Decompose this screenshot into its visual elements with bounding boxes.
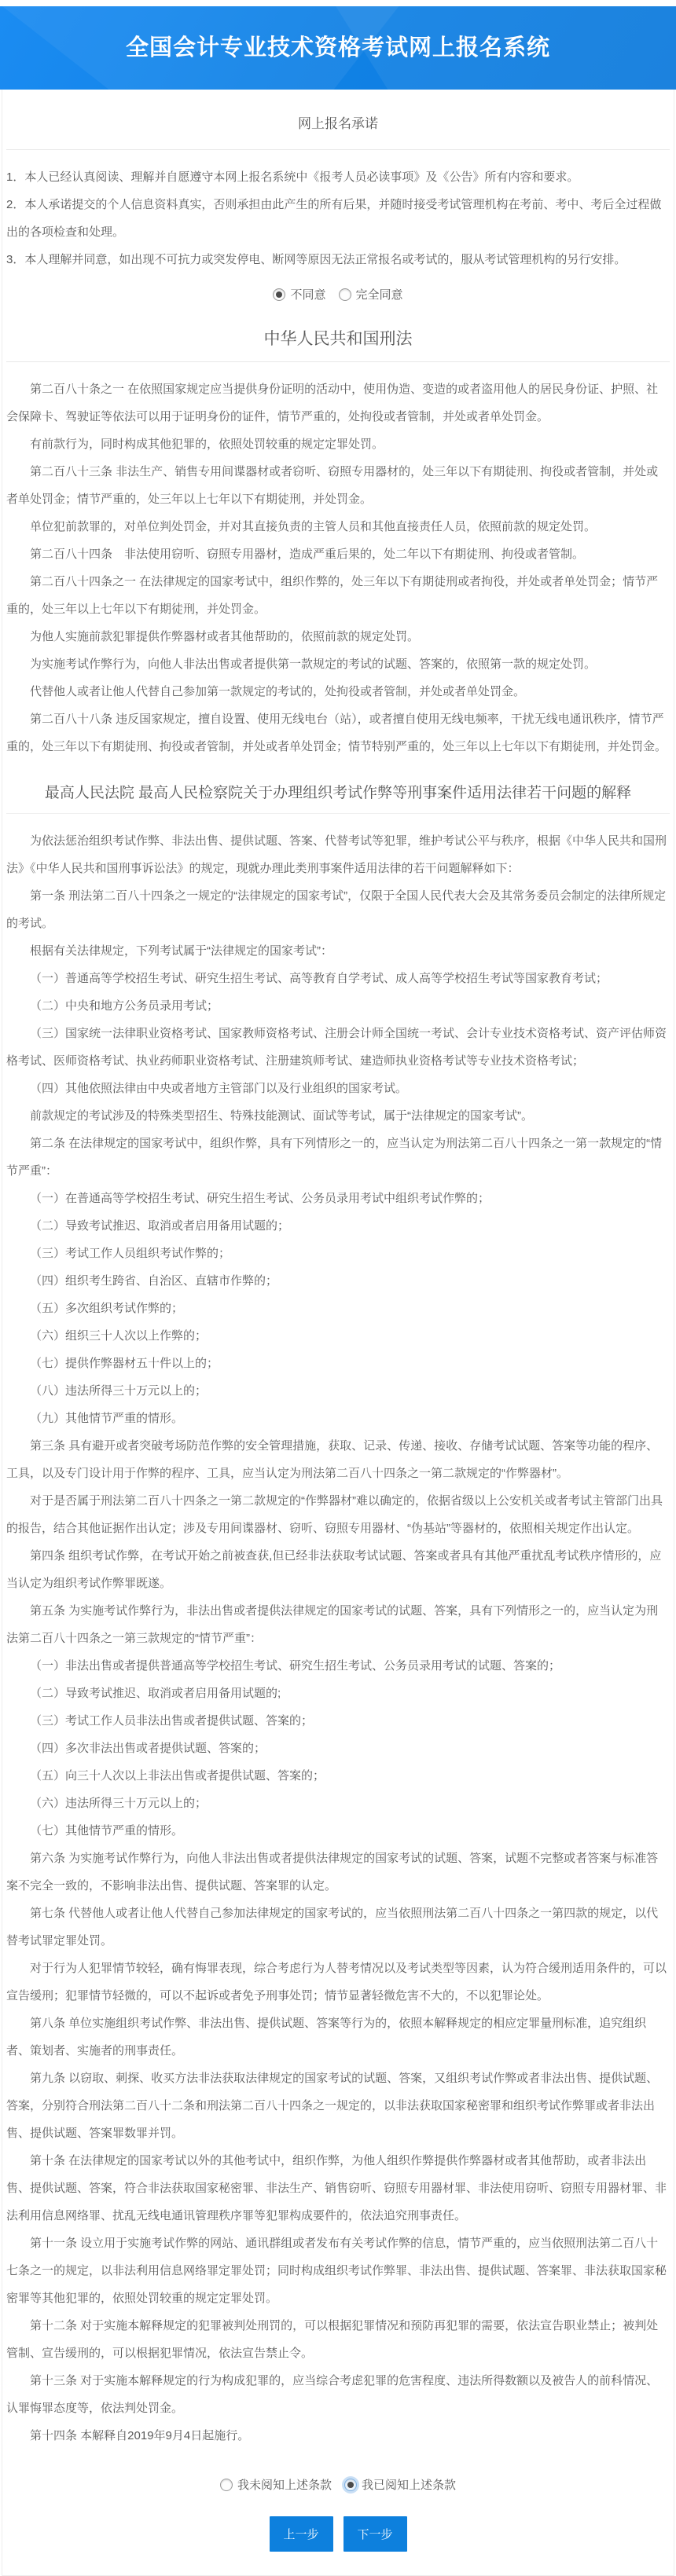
page: 全国会计专业技术资格考试网上报名系统 网上报名承诺 1．本人已经认真阅读、理解并… <box>0 0 676 2576</box>
law-paragraph: 为实施考试作弊行为，向他人非法出售或者提供第一款规定的考试的试题、答案的，依照第… <box>6 650 670 678</box>
interpretation-paragraph: 对于行为人犯罪情节较轻，确有悔罪表现，综合考虑行为人替考情况以及考试类型等因素，… <box>6 1955 670 2010</box>
interpretation-paragraph: 根据有关法律规定，下列考试属于“法律规定的国家考试”： <box>6 937 670 965</box>
interpretation-paragraph: （四）其他依照法律由中央或者地方主管部门以及行业组织的国家考试。 <box>6 1075 670 1102</box>
interpretation-paragraph: 第十二条 对于实施本解释规定的犯罪被判处刑罚的，可以根据犯罪情况和预防再犯罪的需… <box>6 2312 670 2367</box>
law-paragraph: 单位犯前款罪的，对单位判处罚金，并对其直接负责的主管人员和其他直接责任人员，依照… <box>6 513 670 540</box>
interpretation-paragraph: （三）国家统一法律职业资格考试、国家教师资格考试、注册会计师全国统一考试、会计专… <box>6 1020 670 1075</box>
law-paragraph: 第二百八十四条 非法使用窃听、窃照专用器材，造成严重后果的，处二年以下有期徒刑、… <box>6 540 670 568</box>
interpretation-paragraph: （五）多次组织考试作弊的； <box>6 1295 670 1322</box>
interpretation-paragraph: 第七条 代替他人或者让他人代替自己参加法律规定的国家考试的，应当依照刑法第二百八… <box>6 1900 670 1955</box>
law-paragraph: 第二百八十条之一 在依照国家规定应当提供身份证明的活动中，使用伪造、变造的或者盗… <box>6 376 670 431</box>
radio-icon <box>344 2479 357 2491</box>
promise-items: 1．本人已经认真阅读、理解并自愿遵守本网上报名系统中《报考人员必读事项》及《公告… <box>6 150 670 273</box>
criminal-law-title: 中华人民共和国刑法 <box>6 307 670 362</box>
interpretation-paragraph: （四）组织考生跨省、自治区、直辖市作弊的； <box>6 1267 670 1295</box>
interpretation-paragraph: 第五条 为实施考试作弊行为，非法出售或者提供法律规定的国家考试的试题、答案，具有… <box>6 1597 670 1652</box>
interpretation-paragraph: （八）违法所得三十万元以上的； <box>6 1377 670 1405</box>
agree-radio-option[interactable]: 完全同意 <box>339 286 403 302</box>
interpretation-paragraph: （九）其他情节严重的情形。 <box>6 1405 670 1432</box>
radio-label: 我已阅知上述条款 <box>362 2476 456 2493</box>
prev-step-button[interactable]: 上一步 <box>270 2516 333 2552</box>
app-title: 全国会计专业技术资格考试网上报名系统 <box>0 6 676 90</box>
content-panel: 网上报名承诺 1．本人已经认真阅读、理解并自愿遵守本网上报名系统中《报考人员必读… <box>2 90 674 2576</box>
law-paragraph: 第二百八十八条 违反国家规定，擅自设置、使用无线电台（站），或者擅自使用无线电频… <box>6 705 670 760</box>
interpretation-paragraph: （六）组织三十人次以上作弊的； <box>6 1322 670 1350</box>
interpretation-paragraph: 第六条 为实施考试作弊行为，向他人非法出售或者提供法律规定的国家考试的试题、答案… <box>6 1845 670 1900</box>
next-step-button[interactable]: 下一步 <box>344 2516 407 2552</box>
interpretation-paragraph: 为依法惩治组织考试作弊、非法出售、提供试题、答案、代替考试等犯罪，维护考试公平与… <box>6 827 670 882</box>
law-paragraph: 第二百八十三条 非法生产、销售专用间谍器材或者窃听、窃照专用器材的，处三年以下有… <box>6 458 670 513</box>
interpretation-paragraphs: 为依法惩治组织考试作弊、非法出售、提供试题、答案、代替考试等犯罪，维护考试公平与… <box>6 814 670 2450</box>
interpretation-paragraph: （五）向三十人次以上非法出售或者提供试题、答案的； <box>6 1762 670 1790</box>
action-button-row: 上一步 下一步 <box>6 2516 670 2552</box>
interpretation-section: 最高人民法院 最高人民检察院关于办理组织考试作弊等刑事案件适用法律若干问题的解释… <box>6 760 670 2552</box>
interpretation-paragraph: 第十一条 设立用于实施考试作弊的网站、通讯群组或者发布有关考试作弊的信息，情节严… <box>6 2230 670 2312</box>
read-confirm-radio-option[interactable]: 我未阅知上述条款 <box>220 2476 332 2493</box>
interpretation-paragraph: 前款规定的考试涉及的特殊类型招生、特殊技能测试、面试等考试，属于“法律规定的国家… <box>6 1102 670 1130</box>
interpretation-title: 最高人民法院 最高人民检察院关于办理组织考试作弊等刑事案件适用法律若干问题的解释 <box>6 760 670 814</box>
radio-label: 我未阅知上述条款 <box>237 2476 332 2493</box>
interpretation-paragraph: （二）中央和地方公务员录用考试； <box>6 992 670 1020</box>
criminal-law-paragraphs: 第二百八十条之一 在依照国家规定应当提供身份证明的活动中，使用伪造、变造的或者盗… <box>6 362 670 760</box>
app-header: 全国会计专业技术资格考试网上报名系统 <box>0 6 676 90</box>
promise-item: 1．本人已经认真阅读、理解并自愿遵守本网上报名系统中《报考人员必读事项》及《公告… <box>6 163 670 191</box>
interpretation-paragraph: 对于是否属于刑法第二百八十四条之一第二款规定的“作弊器材”难以确定的，依据省级以… <box>6 1487 670 1542</box>
radio-label: 完全同意 <box>356 286 403 302</box>
interpretation-paragraph: （三）考试工作人员非法出售或者提供试题、答案的； <box>6 1707 670 1735</box>
interpretation-paragraph: （二）导致考试推迟、取消或者启用备用试题的； <box>6 1212 670 1240</box>
interpretation-paragraph: （六）违法所得三十万元以上的； <box>6 1790 670 1817</box>
interpretation-paragraph: （四）多次非法出售或者提供试题、答案的； <box>6 1735 670 1762</box>
radio-label: 不同意 <box>290 286 325 302</box>
interpretation-paragraph: 第九条 以窃取、刺探、收买方法非法获取法律规定的国家考试的试题、答案，又组织考试… <box>6 2065 670 2147</box>
promise-section: 网上报名承诺 1．本人已经认真阅读、理解并自愿遵守本网上报名系统中《报考人员必读… <box>6 90 670 302</box>
radio-icon <box>339 288 351 301</box>
interpretation-paragraph: （七）提供作弊器材五十件以上的； <box>6 1350 670 1377</box>
law-paragraph: 代替他人或者让他人代替自己参加第一款规定的考试的，处拘役或者管制，并处或者单处罚… <box>6 678 670 705</box>
agree-radio-group: 不同意 完全同意 <box>6 286 670 302</box>
interpretation-paragraph: 第三条 具有避开或者突破考场防范作弊的安全管理措施，获取、记录、传递、接收、存储… <box>6 1432 670 1487</box>
interpretation-paragraph: （一）普通高等学校招生考试、研究生招生考试、高等教育自学考试、成人高等学校招生考… <box>6 965 670 992</box>
interpretation-paragraph: （二）导致考试推迟、取消或者启用备用试题的; <box>6 1680 670 1707</box>
interpretation-paragraph: 第十条 在法律规定的国家考试以外的其他考试中，组织作弊，为他人组织作弊提供作弊器… <box>6 2147 670 2230</box>
interpretation-paragraph: （七）其他情节严重的情形。 <box>6 1817 670 1845</box>
interpretation-paragraph: 第八条 单位实施组织考试作弊、非法出售、提供试题、答案等行为的，依照本解释规定的… <box>6 2010 670 2065</box>
promise-item: 3．本人理解并同意，如出现不可抗力或突发停电、断网等原因无法正常报名或考试的，服… <box>6 246 670 273</box>
agree-radio-option[interactable]: 不同意 <box>273 286 325 302</box>
promise-title: 网上报名承诺 <box>6 90 670 150</box>
promise-item: 2．本人承诺提交的个人信息资料真实，否则承担由此产生的所有后果，并随时接受考试管… <box>6 191 670 246</box>
interpretation-paragraph: （一）非法出售或者提供普通高等学校招生考试、研究生招生考试、公务员录用考试的试题… <box>6 1652 670 1680</box>
read-confirm-radio-option[interactable]: 我已阅知上述条款 <box>344 2476 456 2493</box>
interpretation-paragraph: 第二条 在法律规定的国家考试中，组织作弊，具有下列情形之一的，应当认定为刑法第二… <box>6 1130 670 1185</box>
criminal-law-section: 中华人民共和国刑法 第二百八十条之一 在依照国家规定应当提供身份证明的活动中，使… <box>6 307 670 760</box>
radio-icon <box>273 288 285 301</box>
interpretation-paragraph: 第十三条 对于实施本解释规定的行为构成犯罪的，应当综合考虑犯罪的危害程度、违法所… <box>6 2367 670 2422</box>
interpretation-paragraph: 第四条 组织考试作弊，在考试开始之前被查获,但已经非法获取考试试题、答案或者具有… <box>6 1542 670 1597</box>
read-confirm-radio-group: 我未阅知上述条款 我已阅知上述条款 <box>6 2476 670 2493</box>
law-paragraph: 有前款行为，同时构成其他犯罪的，依照处罚较重的规定定罪处罚。 <box>6 431 670 458</box>
interpretation-paragraph: （三）考试工作人员组织考试作弊的； <box>6 1240 670 1267</box>
law-paragraph: 第二百八十四条之一 在法律规定的国家考试中，组织作弊的，处三年以下有期徒刑或者拘… <box>6 568 670 623</box>
interpretation-paragraph: 第一条 刑法第二百八十四条之一规定的“法律规定的国家考试”，仅限于全国人民代表大… <box>6 882 670 937</box>
interpretation-paragraph: （一）在普通高等学校招生考试、研究生招生考试、公务员录用考试中组织考试作弊的； <box>6 1185 670 1212</box>
interpretation-paragraph: 第十四条 本解释自2019年9月4日起施行。 <box>6 2422 670 2450</box>
law-paragraph: 为他人实施前款犯罪提供作弊器材或者其他帮助的，依照前款的规定处罚。 <box>6 623 670 650</box>
radio-icon <box>220 2479 233 2491</box>
